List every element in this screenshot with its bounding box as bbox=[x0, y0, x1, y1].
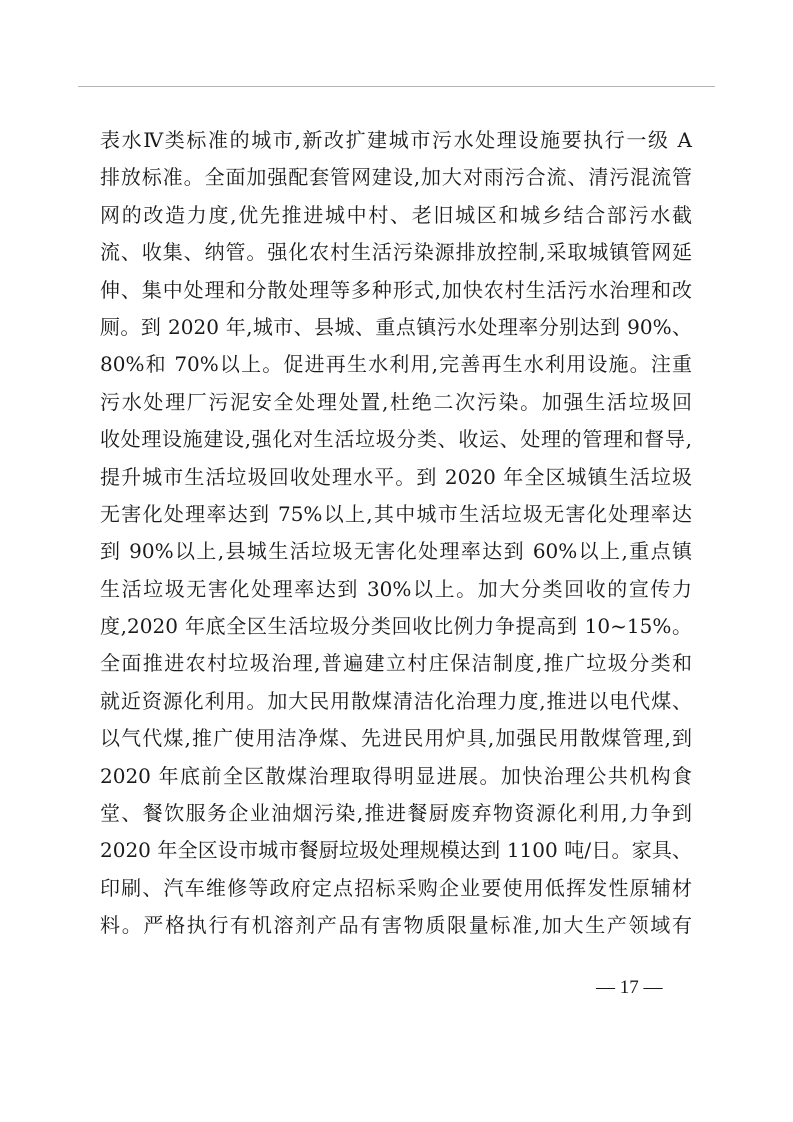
header-rule bbox=[78, 86, 715, 87]
text-line: 堂、餐饮服务企业油烟污染,推进餐厨废弃物资源化利用,力争到 bbox=[100, 795, 692, 832]
text-line: 80%和 70%以上。促进再生水利用,完善再生水利用设施。注重 bbox=[100, 346, 692, 383]
text-line: 表水Ⅳ类标准的城市,新改扩建城市污水处理设施要执行一级 A bbox=[100, 122, 692, 159]
text-line: 以气代煤,推广使用洁净煤、先进民用炉具,加强民用散煤管理,到 bbox=[100, 720, 692, 757]
text-line: 就近资源化利用。加大民用散煤清洁化治理力度,推进以电代煤、 bbox=[100, 683, 692, 720]
text-line: 全面推进农村垃圾治理,普遍建立村庄保洁制度,推广垃圾分类和 bbox=[100, 645, 692, 682]
text-line: 到 90%以上,县城生活垃圾无害化处理率达到 60%以上,重点镇 bbox=[100, 533, 692, 570]
text-line: 伸、集中处理和分散处理等多种形式,加快农村生活污水治理和改 bbox=[100, 272, 692, 309]
text-line: 提升城市生活垃圾回收处理水平。到 2020 年全区城镇生活垃圾 bbox=[100, 459, 692, 496]
text-line: 收处理设施建设,强化对生活垃圾分类、收运、处理的管理和督导, bbox=[100, 421, 692, 458]
text-line: 2020 年全区设市城市餐厨垃圾处理规模达到 1100 吨/日。家具、 bbox=[100, 832, 692, 869]
text-line: 生活垃圾无害化处理率达到 30%以上。加大分类回收的宣传力 bbox=[100, 571, 692, 608]
body-paragraph: 表水Ⅳ类标准的城市,新改扩建城市污水处理设施要执行一级 A 排放标准。全面加强配… bbox=[100, 122, 692, 945]
text-line: 料。严格执行有机溶剂产品有害物质限量标准,加大生产领域有 bbox=[100, 907, 692, 944]
text-line: 2020 年底前全区散煤治理取得明显进展。加快治理公共机构食 bbox=[100, 758, 692, 795]
text-line: 网的改造力度,优先推进城中村、老旧城区和城乡结合部污水截 bbox=[100, 197, 692, 234]
text-line: 厕。到 2020 年,城市、县城、重点镇污水处理率分别达到 90%、 bbox=[100, 309, 692, 346]
text-line: 流、收集、纳管。强化农村生活污染源排放控制,采取城镇管网延 bbox=[100, 234, 692, 271]
text-line: 印刷、汽车维修等政府定点招标采购企业要使用低挥发性原辅材 bbox=[100, 870, 692, 907]
text-line: 度,2020 年底全区生活垃圾分类回收比例力争提高到 10~15%。 bbox=[100, 608, 692, 645]
text-line: 无害化处理率达到 75%以上,其中城市生活垃圾无害化处理率达 bbox=[100, 496, 692, 533]
text-line: 排放标准。全面加强配套管网建设,加大对雨污合流、清污混流管 bbox=[100, 159, 692, 196]
page-number: — 17 — bbox=[596, 977, 663, 999]
text-line: 污水处理厂污泥安全处理处置,杜绝二次污染。加强生活垃圾回 bbox=[100, 384, 692, 421]
